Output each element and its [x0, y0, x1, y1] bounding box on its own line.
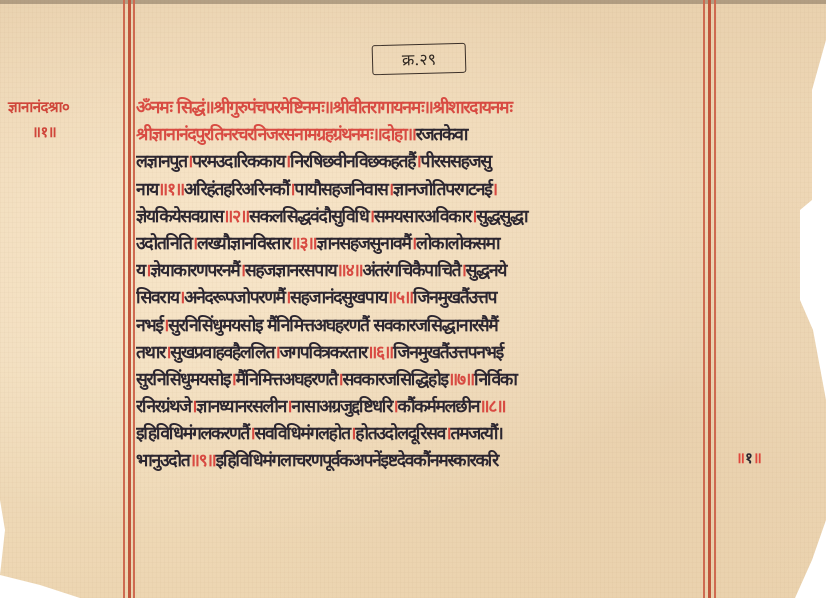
body-text: भानुउदोत — [136, 451, 189, 471]
body-text: सवविधिमंगलहोत — [254, 424, 349, 444]
body-text: सुरनिसिंधुमयसोइ मैंनिमित्तअघहरणतैं सवकार… — [168, 316, 497, 336]
right-margin-danda-open: ॥ — [736, 449, 745, 467]
manuscript-line: ॐनमः सिद्धं॥श्रीगुरुपंचपरमेष्टिनमः॥श्रीव… — [136, 95, 714, 122]
body-text: उदोतनिति — [136, 234, 192, 254]
body-text: ज्ञानध्यानरसलीन — [196, 397, 286, 417]
manuscript-line: नभई।सुरनिसिंधुमयसोइ मैंनिमित्तअघहरणतैं स… — [136, 313, 714, 340]
body-text: नाय — [136, 180, 158, 200]
body-text: ज्ञानसहजसुनावमैं — [316, 234, 410, 254]
body-text: सहजज्ञानरसपाय — [245, 261, 336, 281]
body-text: निर्विका — [474, 370, 517, 390]
body-text: सुरनिसिंधुमयसोइ — [136, 370, 230, 390]
body-text: पीरससहजसु — [421, 152, 491, 172]
manuscript-text-block: ॐनमः सिद्धं॥श्रीगुरुपंचपरमेष्टिनमः॥श्रीव… — [136, 95, 714, 476]
body-text: मैंनिमित्तअघहरणतै — [236, 370, 338, 390]
left-rule-line-3 — [133, 0, 135, 598]
right-margin-danda-close: ॥ — [753, 449, 762, 467]
body-text: नभई — [136, 316, 163, 336]
body-text: जिनमुखतैंउत्तपनभई — [393, 343, 503, 363]
body-text: लज्ञानपुत — [136, 152, 187, 172]
manuscript-line: श्रीज्ञानानंदपुरतिनरचरनिजरसनामग्रहग्रंथन… — [136, 122, 714, 149]
rubric-text: ॥९॥ — [189, 451, 215, 471]
manuscript-line: तथार।सुखप्रवाहवहैललित।जगपवित्रकरतार॥६॥जि… — [136, 340, 714, 367]
left-rule-line-2 — [128, 0, 131, 598]
manuscript-line: सिवराय।अनेदरूपजोपरणमैं।सहजानंदसुखपाय॥५॥ज… — [136, 285, 714, 312]
rubric-text: ॥१॥ — [158, 180, 184, 200]
rubric-text: श्रीज्ञानानंदपुरतिनरचरनिजरसनामग्रहग्रंथन… — [136, 125, 416, 145]
left-margin-title: ज्ञानानंदश्रा० — [8, 95, 69, 119]
body-text: नासाअग्रजुद्दष्टिधरि — [291, 397, 392, 417]
manuscript-line: ज्ञेयकियेसवग्रास॥२॥सकलसिद्धवंदौसुविधि।सम… — [136, 204, 714, 231]
body-text: निरषिछवीनविछकहतहैं — [290, 152, 415, 172]
body-text: लोकालोकसमा — [416, 234, 499, 254]
rubric-text: ॥४॥ — [336, 261, 362, 281]
right-margin-page-number: १ — [745, 449, 753, 467]
body-text: सुद्धसुद्धा — [476, 207, 527, 227]
body-text: समयसारअविकार — [374, 207, 471, 227]
body-text: जिनमुखतैंउत्तप — [413, 288, 496, 308]
folio-number: क्र.२९ — [402, 48, 437, 71]
body-text: तथार — [136, 343, 165, 363]
manuscript-line: नाय॥१॥अरिहंतहरिअरिनकौं।पायौसहजनिवास।ज्ञा… — [136, 177, 714, 204]
left-margin-page: ॥१॥ — [32, 120, 56, 144]
body-text: ज्ञेयाकारणपरनमैं — [150, 261, 239, 281]
body-text: य — [136, 261, 145, 281]
rubric-text: ॥३॥ — [290, 234, 316, 254]
rubric-text: । — [491, 180, 496, 200]
body-text: सुद्धनये — [466, 261, 506, 281]
body-text: सकलसिद्धवंदौसुविधि — [249, 207, 368, 227]
manuscript-line: य।ज्ञेयाकारणपरनमैं।सहजज्ञानरसपाय॥४॥अंतरं… — [136, 258, 714, 285]
manuscript-line: सुरनिसिंधुमयसोइ।मैंनिमित्तअघहरणतै।सवकारज… — [136, 367, 714, 394]
body-text: ज्ञेयकियेसवग्रास — [136, 207, 223, 227]
body-text: अनेदरूपजोपरणमैं — [184, 288, 285, 308]
rubric-text: ॥५॥ — [387, 288, 413, 308]
body-text: । — [497, 424, 502, 444]
body-text: सहजानंदसुखपाय — [290, 288, 387, 308]
body-text: सवकारजसिद्धिहोइ — [343, 370, 448, 390]
manuscript-line: भानुउदोत॥९॥इहिविधिमंगलाचरणपूर्वकअपनेंइष्… — [136, 448, 714, 475]
body-text: सिवराय — [136, 288, 179, 308]
body-text: जगपवित्रकरतार — [280, 343, 367, 363]
body-text: कौंकर्ममलछीन — [398, 397, 480, 417]
body-text: अंतरंगचिकैपाचितै — [362, 261, 460, 281]
body-text: लख्यौज्ञानविस्तार — [197, 234, 290, 254]
rubric-text: ॐनमः सिद्धं॥श्रीगुरुपंचपरमेष्टिनमः॥श्रीव… — [136, 98, 512, 118]
body-text: रनिरग्रंथजे — [136, 397, 191, 417]
right-margin-page-marker: ॥१॥ — [736, 448, 762, 468]
body-text: इहिविधिमंगलाचरणपूर्वकअपनेंइष्टदेवकौंनमस्… — [216, 451, 498, 471]
manuscript-line: उदोतनिति।लख्यौज्ञानविस्तार॥३॥ज्ञानसहजसुन… — [136, 231, 714, 258]
body-text: तमजत्यौं — [450, 424, 497, 444]
rubric-text: ॥६॥ — [367, 343, 393, 363]
body-text: अरिहंतहरिअरिनकौं — [184, 180, 289, 200]
right-rule-line-3 — [714, 0, 716, 598]
manuscript-line: रनिरग्रंथजे।ज्ञानध्यानरसलीन।नासाअग्रजुद्… — [136, 394, 714, 421]
rubric-text: ॥२॥ — [223, 207, 249, 227]
body-text: होतउदोलदूरिसव — [355, 424, 445, 444]
body-text: परमउदारिककाय — [192, 152, 285, 172]
body-text: पायौसहजनिवास — [294, 180, 387, 200]
body-text: रजतकेवा — [416, 125, 467, 145]
body-text: इहिविधिमंगलकरणतैं — [136, 424, 249, 444]
manuscript-folio: क्र.२९ ज्ञानानंदश्रा० ॥१॥ ॥१॥ ॐनमः सिद्ध… — [0, 0, 826, 598]
rubric-text: ॥८॥ — [479, 397, 505, 417]
manuscript-line: इहिविधिमंगलकरणतैं।सवविधिमंगलहोत।होतउदोलद… — [136, 421, 714, 448]
rubric-text: ॥७॥ — [448, 370, 474, 390]
manuscript-line: लज्ञानपुत।परमउदारिककाय।निरषिछवीनविछकहतहै… — [136, 149, 714, 176]
body-text: सुखप्रवाहवहैललित — [170, 343, 274, 363]
body-text: ज्ञानजोतिपरगटनई — [393, 180, 492, 200]
left-rule-line-1 — [123, 0, 125, 598]
folio-number-box: क्र.२९ — [372, 43, 467, 75]
